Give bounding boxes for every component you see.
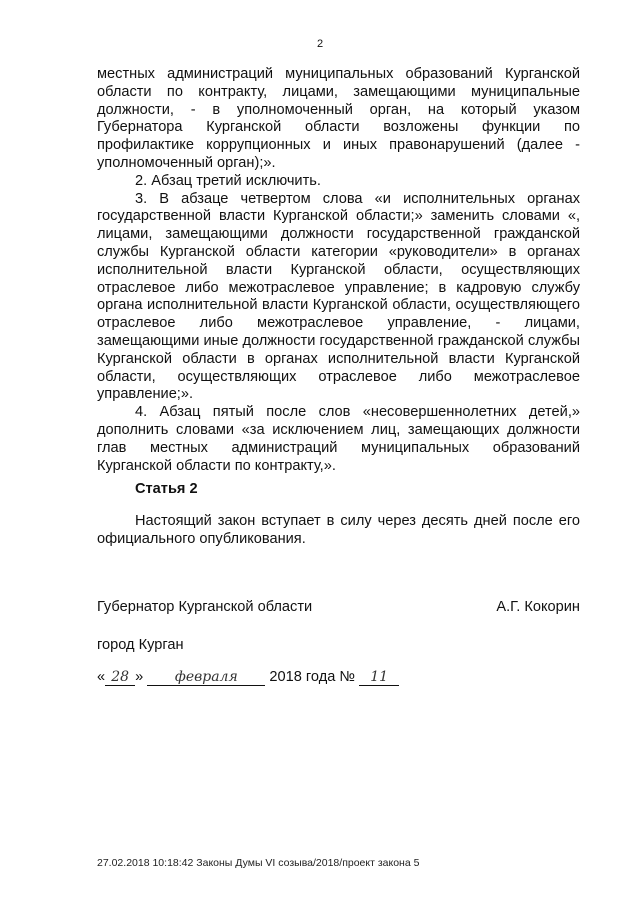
day-field: 28 [105, 669, 135, 686]
signatory-name: А.Г. Кокорин [496, 599, 580, 615]
year-text: 2018 года № [269, 669, 355, 685]
amendment-item-3: 3. В абзаце четвертом слова «и исполните… [97, 191, 580, 405]
amendments-body: местных администраций муниципальных обра… [97, 66, 580, 475]
city: город Курган [97, 637, 184, 653]
footer-path: 27.02.2018 10:18:42 Законы Думы VI созыв… [97, 857, 419, 869]
amendment-item-2: 2. Абзац третий исключить. [97, 173, 580, 191]
number-field: 11 [359, 669, 399, 686]
dateline: «28» февраля 2018 года № 11 [97, 669, 399, 686]
article-heading: Статья 2 [135, 481, 198, 497]
amendment-item-4: 4. Абзац пятый после слов «несовершеннол… [97, 404, 580, 475]
signatory-title: Губернатор Курганской области [97, 599, 312, 615]
month-field: февраля [147, 669, 265, 686]
close-quote: » [135, 669, 143, 685]
open-quote: « [97, 669, 105, 685]
article-text: Настоящий закон вступает в силу через де… [97, 513, 580, 549]
paragraph-continuation: местных администраций муниципальных обра… [97, 66, 580, 173]
page-number: 2 [0, 38, 640, 50]
